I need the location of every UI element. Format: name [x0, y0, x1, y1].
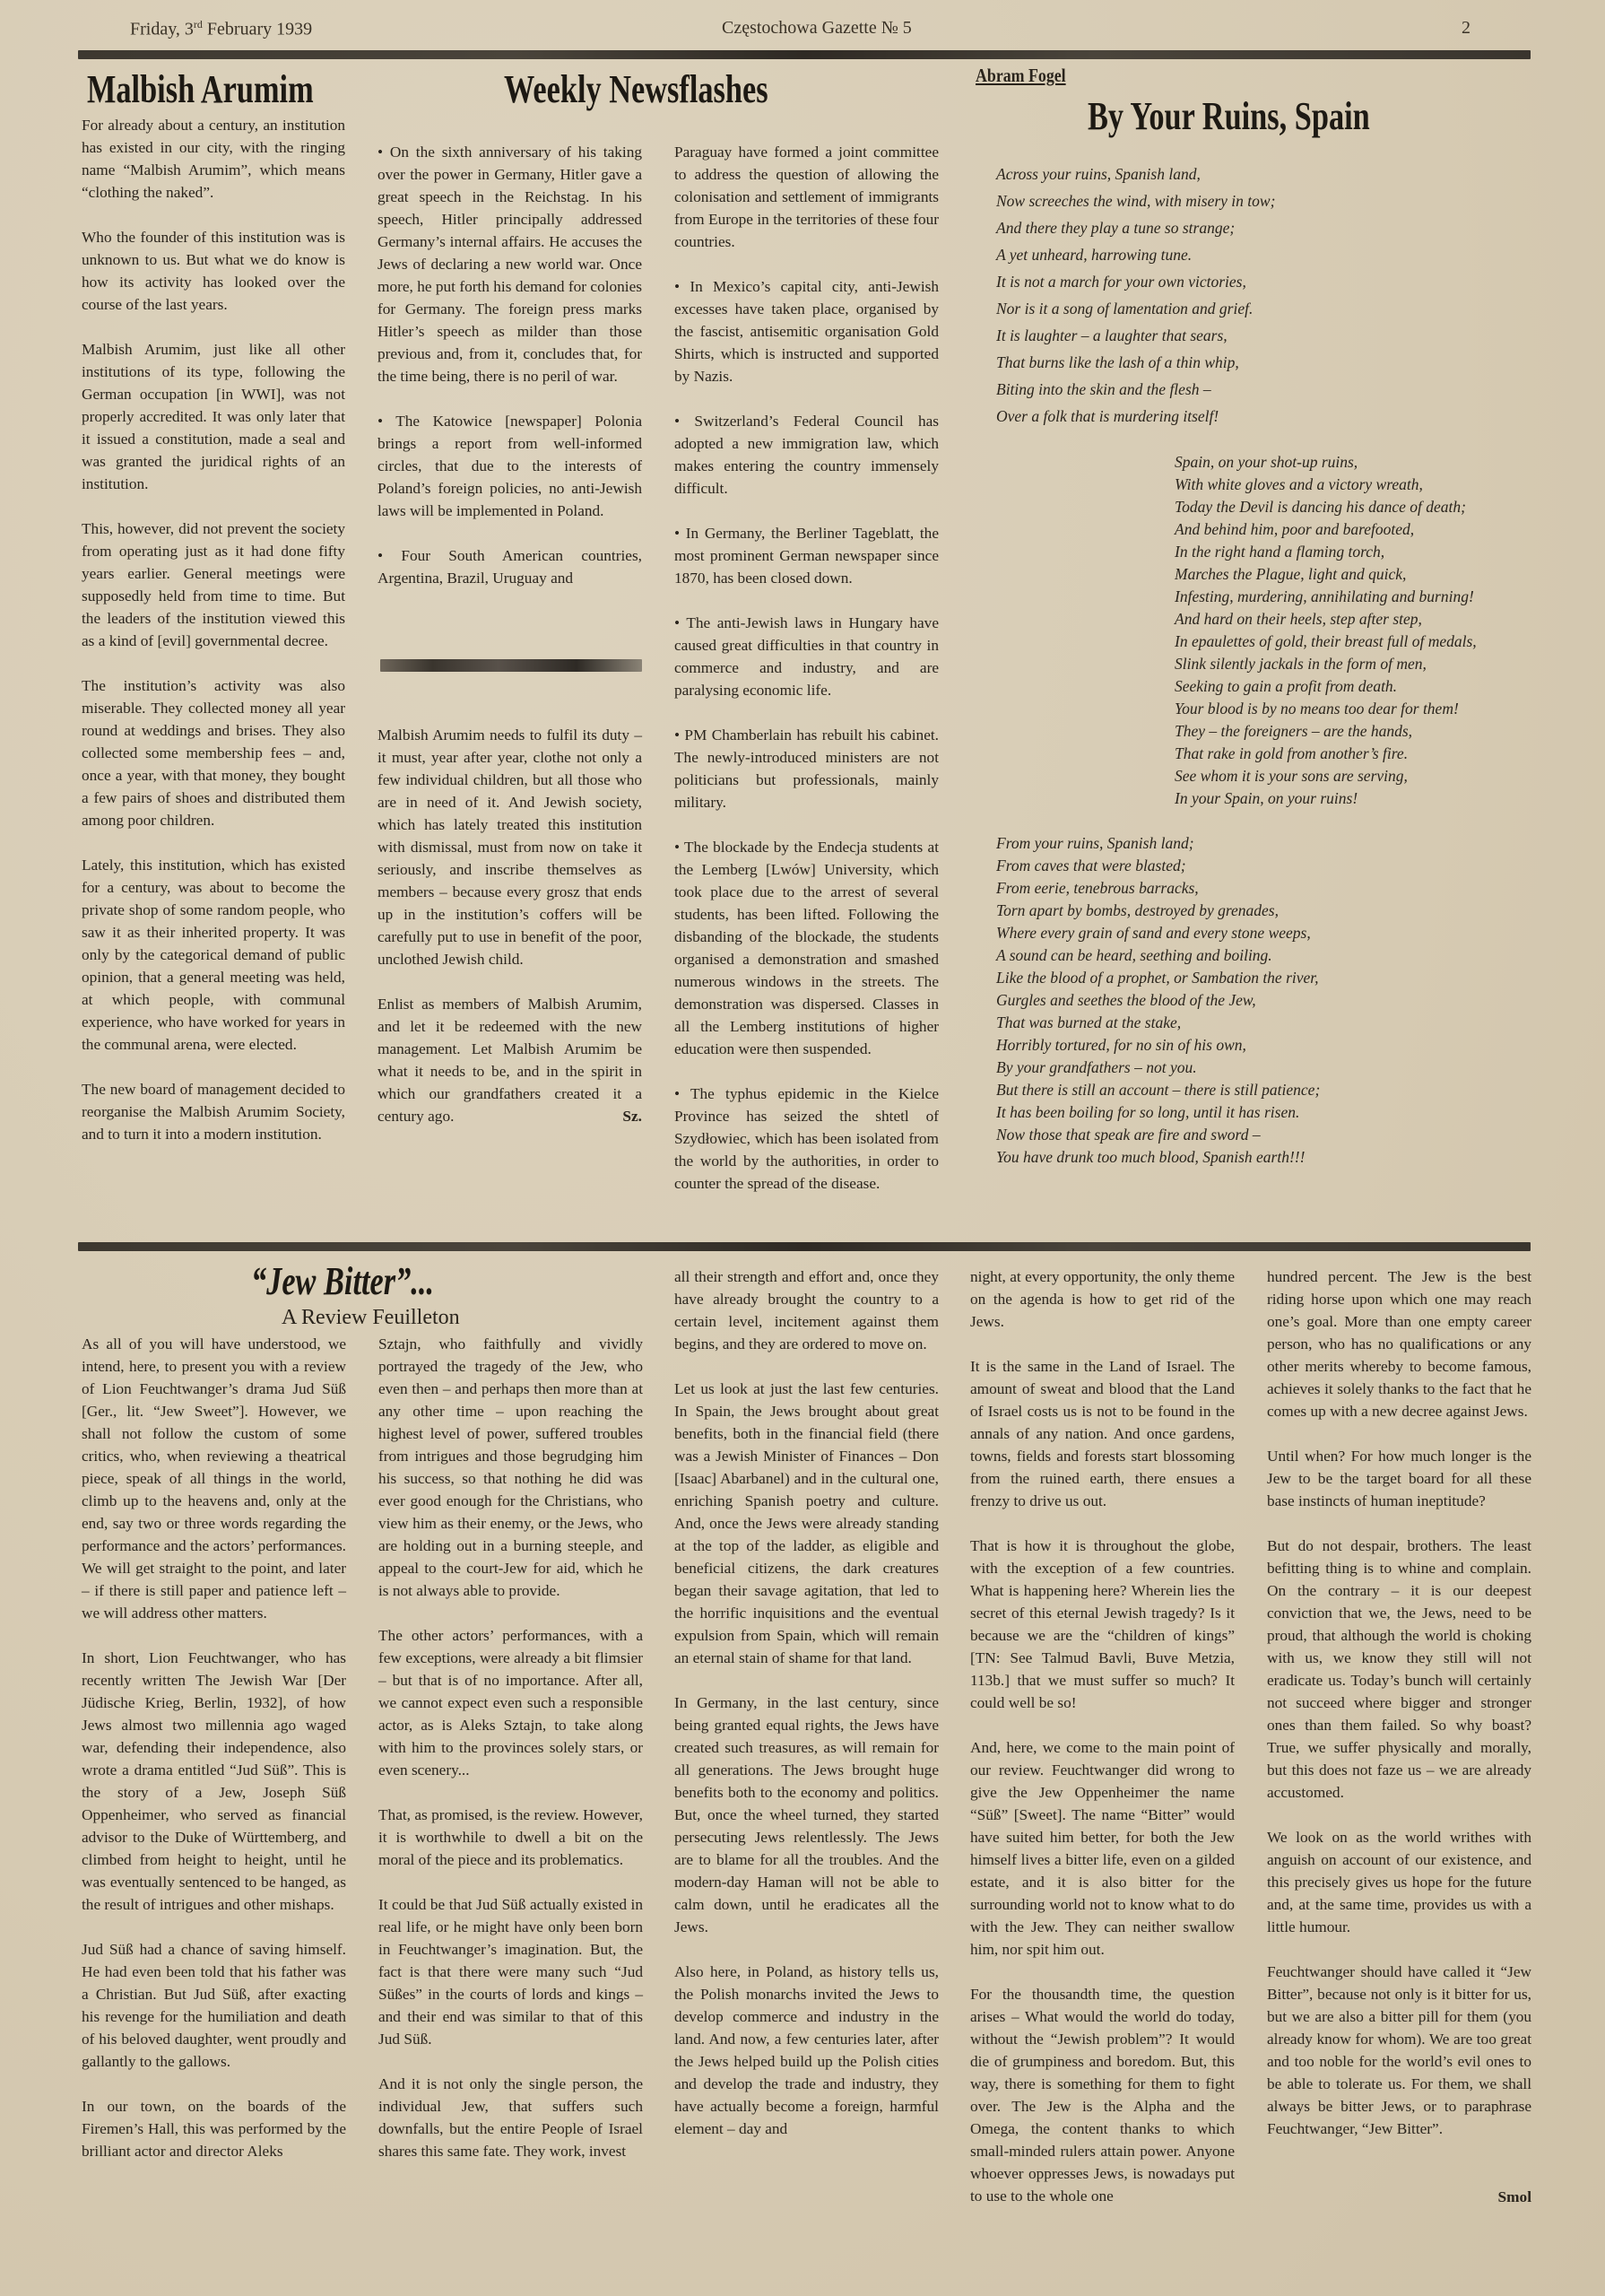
paragraph: The new board of management decided to r…	[82, 1078, 345, 1145]
poem-stanza-2: Spain, on your shot-up ruins,With white …	[1175, 451, 1477, 810]
feuilleton-column-1: As all of you will have understood, we i…	[82, 1333, 346, 2162]
feuilleton-column-5: hundred percent. The Jew is the best rid…	[1267, 1265, 1531, 2140]
newsflashes-column-2: Paraguay have formed a joint committee t…	[674, 141, 939, 1195]
paragraph: That, as promised, is the review. Howeve…	[378, 1804, 643, 1871]
poem-line: A yet unheard, harrowing tune.	[996, 241, 1275, 268]
poem-line: In epaulettes of gold, their breast full…	[1175, 631, 1477, 653]
poem-author: Abram Fogel	[976, 65, 1066, 87]
feuilleton-column-4: night, at every opportunity, the only th…	[970, 1265, 1235, 2207]
paragraph: Who the founder of this institution was …	[82, 226, 345, 316]
paragraph: Paraguay have formed a joint committee t…	[674, 141, 939, 253]
poem-stanza-1: Across your ruins, Spanish land,Now scre…	[996, 161, 1275, 430]
running-head: Friday, 3rd February 1939 Częstochowa Ga…	[0, 18, 1605, 45]
paper-name: Częstochowa Gazette № 5	[722, 18, 912, 39]
paragraph: And it is not only the single person, th…	[378, 2073, 643, 2162]
paragraph: • In Mexico’s capital city, anti-Jewish …	[674, 275, 939, 387]
paragraph: The institution’s activity was also mise…	[82, 674, 345, 831]
issue-date: Friday, 3rd February 1939	[130, 18, 312, 40]
paragraph: • PM Chamberlain has rebuilt his cabinet…	[674, 724, 939, 813]
paragraph: For the thousandth time, the question ar…	[970, 1983, 1235, 2207]
poem-line: Torn apart by bombs, destroyed by grenad…	[996, 900, 1328, 922]
poem-line: See whom it is your sons are serving,	[1175, 765, 1477, 787]
paragraph: all their strength and effort and, once …	[674, 1265, 939, 1355]
poem-line: Over a folk that is murdering itself!	[996, 403, 1275, 430]
feuilleton-signature: Smol	[1267, 2186, 1531, 2208]
poem-line: Now those that speak are fire and sword …	[996, 1124, 1328, 1146]
paragraph: We look on as the world writhes with ang…	[1267, 1826, 1531, 1938]
poem-line: Across your ruins, Spanish land,	[996, 161, 1275, 187]
poem-line: Horribly tortured, for no sin of his own…	[996, 1034, 1328, 1057]
paragraph: But do not despair, brothers. The least …	[1267, 1535, 1531, 1804]
malbish-column-1: For already about a century, an institut…	[82, 114, 345, 1145]
poem-line: Like the blood of a prophet, or Sambatio…	[996, 967, 1328, 989]
poem-line: And there they play a tune so strange;	[996, 214, 1275, 241]
poem-line: Where every grain of sand and every ston…	[996, 922, 1328, 944]
poem-line: In the right hand a flaming torch,	[1175, 541, 1477, 563]
paragraph: • The blockade by the Endecja students a…	[674, 836, 939, 1060]
middle-rule-divider	[78, 1242, 1531, 1251]
paragraph: Malbish Arumim needs to fulfil its duty …	[377, 724, 642, 970]
poem-line: Infesting, murdering, annihilating and b…	[1175, 586, 1477, 608]
poem-line: Now screeches the wind, with misery in t…	[996, 187, 1275, 214]
paragraph: As all of you will have understood, we i…	[82, 1333, 346, 1624]
poem-line: They – the foreigners – are the hands,	[1175, 720, 1477, 743]
paragraph: That is how it is throughout the globe, …	[970, 1535, 1235, 1714]
paragraph: Until when? For how much longer is the J…	[1267, 1445, 1531, 1512]
malbish-signature: Sz.	[377, 1105, 642, 1127]
paragraph: Lately, this institution, which has exis…	[82, 854, 345, 1056]
poem-line: With white gloves and a victory wreath,	[1175, 474, 1477, 496]
paragraph: For already about a century, an institut…	[82, 114, 345, 204]
paragraph: Also here, in Poland, as history tells u…	[674, 1961, 939, 2140]
paragraph: • The anti-Jewish laws in Hungary have c…	[674, 612, 939, 701]
paragraph: The other actors’ performances, with a f…	[378, 1624, 643, 1781]
paragraph: In short, Lion Feuchtwanger, who has rec…	[82, 1647, 346, 1916]
paragraph: And, here, we come to the main point of …	[970, 1736, 1235, 1961]
poem-line: And hard on their heels, step after step…	[1175, 608, 1477, 631]
poem-line: It has been boiling for so long, until i…	[996, 1101, 1328, 1124]
paragraph: Jud Süß had a chance of saving himself. …	[82, 1938, 346, 2073]
paragraph: Feuchtwanger should have called it “Jew …	[1267, 1961, 1531, 2140]
poem-line: That was burned at the stake,	[996, 1012, 1328, 1034]
poem-line: Your blood is by no means too dear for t…	[1175, 698, 1477, 720]
paragraph: • The typhus epidemic in the Kielce Prov…	[674, 1083, 939, 1195]
poem-line: Today the Devil is dancing his dance of …	[1175, 496, 1477, 518]
poem-line: Spain, on your shot-up ruins,	[1175, 451, 1477, 474]
poem-title: By Your Ruins, Spain	[1088, 93, 1370, 139]
poem-line: Nor is it a song of lamentation and grie…	[996, 295, 1275, 322]
paragraph: It could be that Jud Süß actually existe…	[378, 1893, 643, 2050]
paragraph: hundred percent. The Jew is the best rid…	[1267, 1265, 1531, 1422]
poem-line: Seeking to gain a profit from death.	[1175, 675, 1477, 698]
paragraph: • On the sixth anniversary of his taking…	[377, 141, 642, 387]
poem-line: That burns like the lash of a thin whip,	[996, 349, 1275, 376]
feuilleton-subhead: A Review Feuilleton	[282, 1306, 460, 1330]
poem-line: From eerie, tenebrous barracks,	[996, 877, 1328, 900]
newsflashes-headline: Weekly Newsflashes	[504, 66, 768, 112]
malbish-headline: Malbish Arumim	[87, 66, 314, 112]
poem-line: You have drunk too much blood, Spanish e…	[996, 1146, 1328, 1169]
poem-line: Marches the Plague, light and quick,	[1175, 563, 1477, 586]
poem-line: It is not a march for your own victories…	[996, 268, 1275, 295]
paragraph: This, however, did not prevent the socie…	[82, 517, 345, 652]
poem-line: It is laughter – a laughter that sears,	[996, 322, 1275, 349]
paragraph: night, at every opportunity, the only th…	[970, 1265, 1235, 1333]
section-divider	[380, 659, 642, 672]
poem-line: From caves that were blasted;	[996, 855, 1328, 877]
poem-line: A sound can be heard, seething and boili…	[996, 944, 1328, 967]
paragraph: In Germany, in the last century, since b…	[674, 1692, 939, 1938]
paragraph: In our town, on the boards of the Fireme…	[82, 2095, 346, 2162]
paragraph: Malbish Arumim, just like all other inst…	[82, 338, 345, 495]
poem-line: In your Spain, on your ruins!	[1175, 787, 1477, 810]
feuilleton-headline: “Jew Bitter”...	[251, 1258, 434, 1304]
poem-line: And behind him, poor and barefooted,	[1175, 518, 1477, 541]
paragraph: Sztajn, who faithfully and vividly portr…	[378, 1333, 643, 1602]
poem-line: But there is still an account – there is…	[996, 1079, 1328, 1101]
paragraph: • In Germany, the Berliner Tageblatt, th…	[674, 522, 939, 589]
poem-line: By your grandfathers – not you.	[996, 1057, 1328, 1079]
paragraph: Let us look at just the last few centuri…	[674, 1378, 939, 1669]
paragraph: • Switzerland’s Federal Council has adop…	[674, 410, 939, 500]
paragraph: • The Katowice [newspaper] Polonia bring…	[377, 410, 642, 522]
malbish-column-2: Malbish Arumim needs to fulfil its duty …	[377, 724, 642, 1127]
poem-line: Biting into the skin and the flesh –	[996, 376, 1275, 403]
feuilleton-column-3: all their strength and effort and, once …	[674, 1265, 939, 2140]
top-rule-divider	[78, 50, 1531, 59]
poem-line: From your ruins, Spanish land;	[996, 832, 1328, 855]
paragraph: It is the same in the Land of Israel. Th…	[970, 1355, 1235, 1512]
poem-line: That rake in gold from another’s fire.	[1175, 743, 1477, 765]
paragraph: • Four South American countries, Argenti…	[377, 544, 642, 589]
poem-line: Gurgles and seethes the blood of the Jew…	[996, 989, 1328, 1012]
feuilleton-column-2: Sztajn, who faithfully and vividly portr…	[378, 1333, 643, 2162]
page-number: 2	[1462, 18, 1471, 39]
newsflashes-column-1: • On the sixth anniversary of his taking…	[377, 141, 642, 589]
poem-line: Slink silently jackals in the form of me…	[1175, 653, 1477, 675]
poem-stanza-3: From your ruins, Spanish land;From caves…	[996, 832, 1328, 1169]
